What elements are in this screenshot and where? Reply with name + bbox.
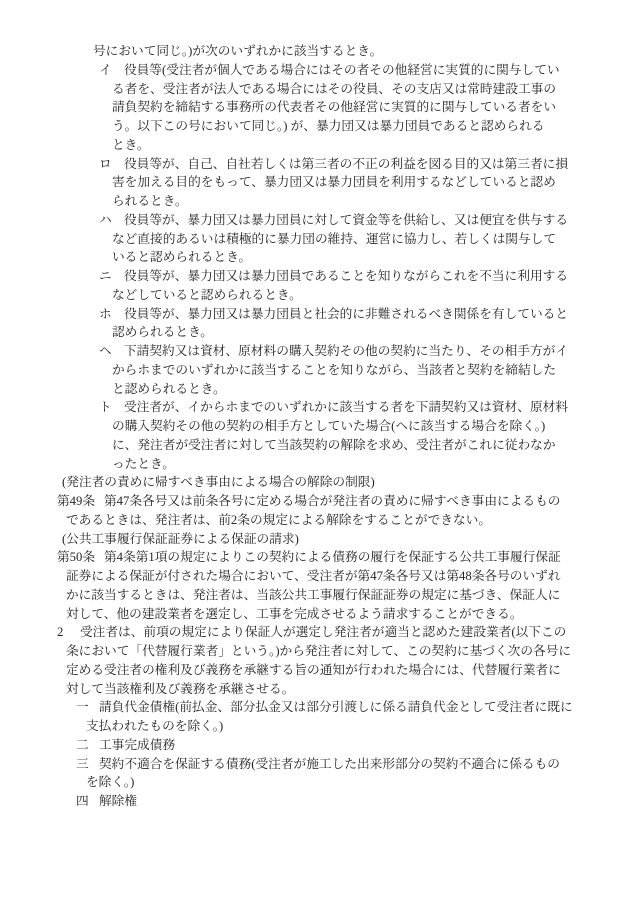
document-line: 認められるとき。 bbox=[0, 323, 630, 342]
document-line: 証券による保証が付された場合において、受注者が第47条各号又は第48条各号のいず… bbox=[0, 567, 630, 586]
document-line: 請負契約を締結する事務所の代表者その他経営に実質的に関与している者をい bbox=[0, 98, 630, 117]
item-marker: 四 bbox=[76, 792, 99, 811]
line-text: からホまでのいずれかに該当することを知りながら、当該者と契約を締結した bbox=[112, 363, 556, 377]
line-text: (公共工事履行保証証券による保証の請求) bbox=[62, 532, 299, 546]
line-text: に、発注者が受注者に対して当該契約の解除を求め、受注者がこれに従わなか bbox=[112, 438, 556, 452]
document-line: 四解除権 bbox=[0, 792, 630, 811]
item-marker: 二 bbox=[76, 736, 99, 755]
line-text: 解除権 bbox=[99, 794, 137, 808]
document-line: 第50条第4条第1項の規定によりこの契約による債務の履行を保証する公共工事履行保… bbox=[0, 548, 630, 567]
line-text: などしていると認められるとき。 bbox=[112, 288, 302, 302]
line-text: 証券による保証が付された場合において、受注者が第47条各号又は第48条各号のいず… bbox=[66, 569, 561, 583]
item-marker: 第49条 bbox=[57, 492, 104, 511]
line-text: 役員等(受注者が個人である場合にはその者その他経営に実質的に関与してい bbox=[124, 63, 560, 77]
line-text: であるときは、発注者は、前2条の規定による解除をすることができない。 bbox=[66, 513, 491, 527]
document-line: られるとき。 bbox=[0, 192, 630, 211]
line-text: (発注者の責めに帰すべき事由による場合の解除の制限) bbox=[62, 475, 375, 489]
document-body: 号において同じ。)が次のいずれかに該当するとき。イ役員等(受注者が個人である場合… bbox=[0, 0, 630, 811]
document-line: ロ役員等が、自己、自社若しくは第三者の不正の利益を図る目的又は第三者に損 bbox=[0, 155, 630, 174]
line-text: と認められるとき。 bbox=[112, 382, 226, 396]
line-text: 条において「代替履行業者」という。)から発注者に対して、この契約に基づく次の各号… bbox=[66, 644, 571, 658]
item-marker: ホ bbox=[99, 305, 124, 324]
line-text: ったとき。 bbox=[112, 457, 175, 471]
item-marker: イ bbox=[99, 61, 124, 80]
line-text: 第4条第1項の規定によりこの契約による債務の履行を保証する公共工事履行保証 bbox=[104, 550, 561, 564]
line-text: 号において同じ。)が次のいずれかに該当するとき。 bbox=[93, 44, 382, 58]
document-line: 支払われたものを除く。) bbox=[0, 717, 630, 736]
document-line: ホ役員等が、暴力団又は暴力団員と社会的に非難されるべき関係を有していると bbox=[0, 305, 630, 324]
line-text: 定める受注者の権利及び義務を承継する旨の通知が行われた場合には、代替履行業者に bbox=[66, 663, 561, 677]
line-text: 第47条各号又は前条各号に定める場合が発注者の責めに帰すべき事由によるもの bbox=[104, 494, 561, 508]
document-line: 条において「代替履行業者」という。)から発注者に対して、この契約に基づく次の各号… bbox=[0, 642, 630, 661]
line-text: 受注者は、前項の規定により保証人が選定し発注者が適当と認めた建設業者(以下この bbox=[80, 625, 566, 639]
document-line: 二工事完成債務 bbox=[0, 736, 630, 755]
document-line: ヘ下請契約又は資材、原材料の購入契約その他の契約に当たり、その相手方がイ bbox=[0, 342, 630, 361]
document-line: 号において同じ。)が次のいずれかに該当するとき。 bbox=[0, 42, 630, 61]
document-line: 2受注者は、前項の規定により保証人が選定し発注者が適当と認めた建設業者(以下この bbox=[0, 623, 630, 642]
line-text: う。以下この号において同じ。) が、暴力団又は暴力団員であると認められる bbox=[112, 119, 544, 133]
line-text: を除く。) bbox=[86, 775, 134, 789]
document-line: 第49条第47条各号又は前条各号に定める場合が発注者の責めに帰すべき事由によるも… bbox=[0, 492, 630, 511]
document-line: う。以下この号において同じ。) が、暴力団又は暴力団員であると認められる bbox=[0, 117, 630, 136]
document-line: を除く。) bbox=[0, 773, 630, 792]
item-marker: 三 bbox=[76, 755, 99, 774]
line-text: の購入契約その他の契約の相手方としていた場合(ヘに該当する場合を除く。) bbox=[112, 419, 545, 433]
item-marker: 一 bbox=[76, 698, 99, 717]
line-text: など直接的あるいは積極的に暴力団の維持、運営に協力し、若しくは関与して bbox=[112, 232, 556, 246]
document-line: からホまでのいずれかに該当することを知りながら、当該者と契約を締結した bbox=[0, 361, 630, 380]
document-line: (発注者の責めに帰すべき事由による場合の解除の制限) bbox=[0, 473, 630, 492]
document-line: ト受注者が、イからホまでのいずれかに該当する者を下請契約又は資材、原材料 bbox=[0, 398, 630, 417]
document-line: る者を、受注者が法人である場合にはその役員、その支店又は常時建設工事の bbox=[0, 80, 630, 99]
document-line: に、発注者が受注者に対して当該契約の解除を求め、受注者がこれに従わなか bbox=[0, 436, 630, 455]
line-text: 対して当該権利及び義務を承継させる。 bbox=[66, 682, 294, 696]
contract-page: 号において同じ。)が次のいずれかに該当するとき。イ役員等(受注者が個人である場合… bbox=[0, 0, 630, 903]
document-line: 一請負代金債権(前払金、部分払金又は部分引渡しに係る請負代金として受注者に既に bbox=[0, 698, 630, 717]
document-line: など直接的あるいは積極的に暴力団の維持、運営に協力し、若しくは関与して bbox=[0, 230, 630, 249]
line-text: 役員等が、自己、自社若しくは第三者の不正の利益を図る目的又は第三者に損 bbox=[124, 157, 568, 171]
document-line: の購入契約その他の契約の相手方としていた場合(ヘに該当する場合を除く。) bbox=[0, 417, 630, 436]
document-line: ハ役員等が、暴力団又は暴力団員に対して資金等を供給し、又は便宜を供与する bbox=[0, 211, 630, 230]
line-text: 請負契約を締結する事務所の代表者その他経営に実質的に関与している者をい bbox=[112, 100, 556, 114]
line-text: とき。 bbox=[112, 138, 150, 152]
document-line: 対して当該権利及び義務を承継させる。 bbox=[0, 680, 630, 699]
line-text: 役員等が、暴力団又は暴力団員であることを知りながらこれを不当に利用する bbox=[124, 269, 568, 283]
line-text: 役員等が、暴力団又は暴力団員に対して資金等を供給し、又は便宜を供与する bbox=[124, 213, 568, 227]
document-line: であるときは、発注者は、前2条の規定による解除をすることができない。 bbox=[0, 511, 630, 530]
line-text: 受注者が、イからホまでのいずれかに該当する者を下請契約又は資材、原材料 bbox=[124, 400, 568, 414]
document-line: 対して、他の建設業者を選定し、工事を完成させるよう請求することができる。 bbox=[0, 605, 630, 624]
item-marker: ニ bbox=[99, 267, 124, 286]
item-marker: ハ bbox=[99, 211, 124, 230]
line-text: 契約不適合を保証する債務(受注者が施工した出来形部分の契約不適合に係るもの bbox=[99, 757, 560, 771]
item-marker: ト bbox=[99, 398, 124, 417]
line-text: 下請契約又は資材、原材料の購入契約その他の契約に当たり、その相手方がイ bbox=[124, 344, 568, 358]
line-text: られるとき。 bbox=[112, 194, 188, 208]
line-text: 役員等が、暴力団又は暴力団員と社会的に非難されるべき関係を有していると bbox=[124, 307, 568, 321]
document-line: イ役員等(受注者が個人である場合にはその者その他経営に実質的に関与してい bbox=[0, 61, 630, 80]
item-marker: ロ bbox=[99, 155, 124, 174]
item-marker: 2 bbox=[57, 623, 80, 642]
document-line: 害を加える目的をもって、暴力団又は暴力団員を利用するなどしていると認め bbox=[0, 173, 630, 192]
line-text: いると認められるとき。 bbox=[112, 250, 251, 264]
line-text: る者を、受注者が法人である場合にはその役員、その支店又は常時建設工事の bbox=[112, 82, 556, 96]
line-text: かに該当するときは、発注者は、当該公共工事履行保証証券の規定に基づき、保証人に bbox=[66, 588, 560, 602]
item-marker: 第50条 bbox=[57, 548, 104, 567]
document-line: (公共工事履行保証証券による保証の請求) bbox=[0, 530, 630, 549]
line-text: 支払われたものを除く。) bbox=[86, 719, 223, 733]
line-text: 請負代金債権(前払金、部分払金又は部分引渡しに係る請負代金として受注者に既に bbox=[99, 700, 573, 714]
document-line: とき。 bbox=[0, 136, 630, 155]
line-text: 対して、他の建設業者を選定し、工事を完成させるよう請求することができる。 bbox=[66, 607, 523, 621]
document-line: と認められるとき。 bbox=[0, 380, 630, 399]
document-line: ったとき。 bbox=[0, 455, 630, 474]
document-line: かに該当するときは、発注者は、当該公共工事履行保証証券の規定に基づき、保証人に bbox=[0, 586, 630, 605]
line-text: 工事完成債務 bbox=[99, 738, 175, 752]
line-text: 認められるとき。 bbox=[112, 325, 213, 339]
document-line: などしていると認められるとき。 bbox=[0, 286, 630, 305]
document-line: 三契約不適合を保証する債務(受注者が施工した出来形部分の契約不適合に係るもの bbox=[0, 755, 630, 774]
document-line: 定める受注者の権利及び義務を承継する旨の通知が行われた場合には、代替履行業者に bbox=[0, 661, 630, 680]
line-text: 害を加える目的をもって、暴力団又は暴力団員を利用するなどしていると認め bbox=[112, 175, 556, 189]
item-marker: ヘ bbox=[99, 342, 124, 361]
document-line: ニ役員等が、暴力団又は暴力団員であることを知りながらこれを不当に利用する bbox=[0, 267, 630, 286]
document-line: いると認められるとき。 bbox=[0, 248, 630, 267]
